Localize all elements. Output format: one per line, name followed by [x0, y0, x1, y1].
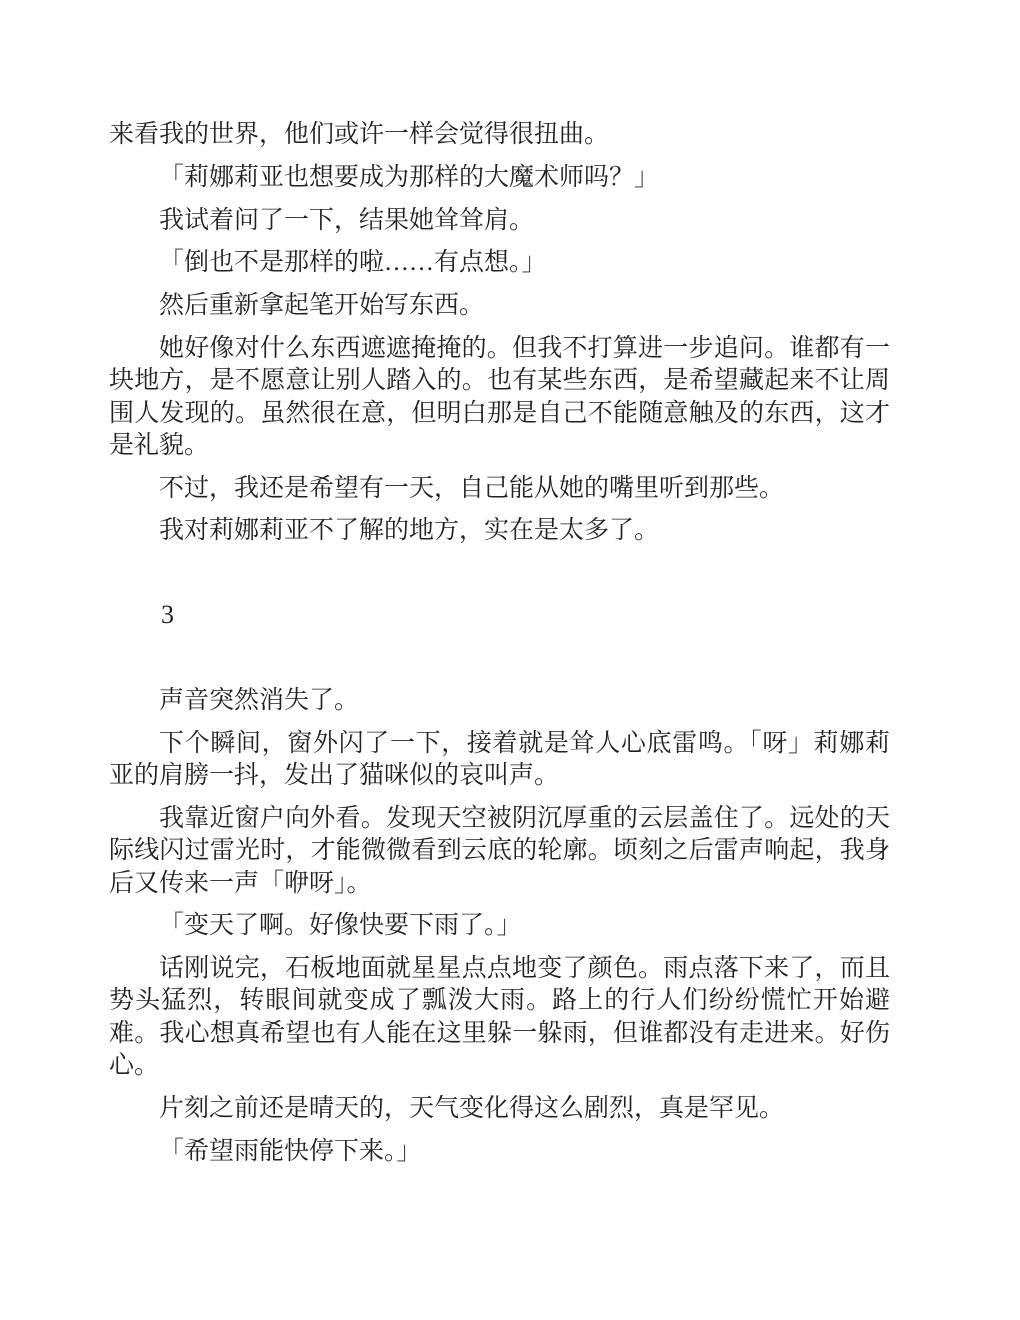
paragraph: 「希望雨能快停下来。」: [109, 1136, 890, 1168]
paragraph: 我试着问了一下，结果她耸耸肩。: [109, 205, 890, 237]
paragraph: 「变天了啊。好像快要下雨了。」: [109, 910, 890, 942]
novel-page: 来看我的世界，他们或许一样会觉得很扭曲。「莉娜莉亚也想要成为那样的大魔术师吗？」…: [0, 0, 1020, 1320]
paragraph: 我靠近窗户向外看。发现天空被阴沉厚重的云层盖住了。远处的天际线闪过雷光时，才能微…: [109, 803, 890, 900]
paragraph: 不过，我还是希望有一天，自己能从她的嘴里听到那些。: [109, 473, 890, 505]
paragraph: 话刚说完，石板地面就星星点点地变了颜色。雨点落下来了，而且势头猛烈，转眼间就变成…: [109, 953, 890, 1082]
paragraph: 她好像对什么东西遮遮掩掩的。但我不打算进一步追问。谁都有一块地方，是不愿意让别人…: [109, 333, 890, 462]
paragraph: 下个瞬间，窗外闪了一下，接着就是耸人心底雷鸣。「呀」莉娜莉亚的肩膀一抖，发出了猫…: [109, 728, 890, 793]
paragraph: 声音突然消失了。: [109, 685, 890, 717]
paragraph: 然后重新拿起笔开始写东西。: [109, 290, 890, 322]
paragraph: 片刻之前还是晴天的，天气变化得这么剧烈，真是罕见。: [109, 1093, 890, 1125]
paragraph: 来看我的世界，他们或许一样会觉得很扭曲。: [109, 119, 890, 151]
text-column: 来看我的世界，他们或许一样会觉得很扭曲。「莉娜莉亚也想要成为那样的大魔术师吗？」…: [0, 0, 1020, 1168]
paragraph: 我对莉娜莉亚不了解的地方，实在是太多了。: [109, 515, 890, 547]
paragraph: 「倒也不是那样的啦……有点想。」: [109, 247, 890, 279]
section-number: 3: [109, 599, 890, 631]
paragraph: 「莉娜莉亚也想要成为那样的大魔术师吗？」: [109, 162, 890, 194]
